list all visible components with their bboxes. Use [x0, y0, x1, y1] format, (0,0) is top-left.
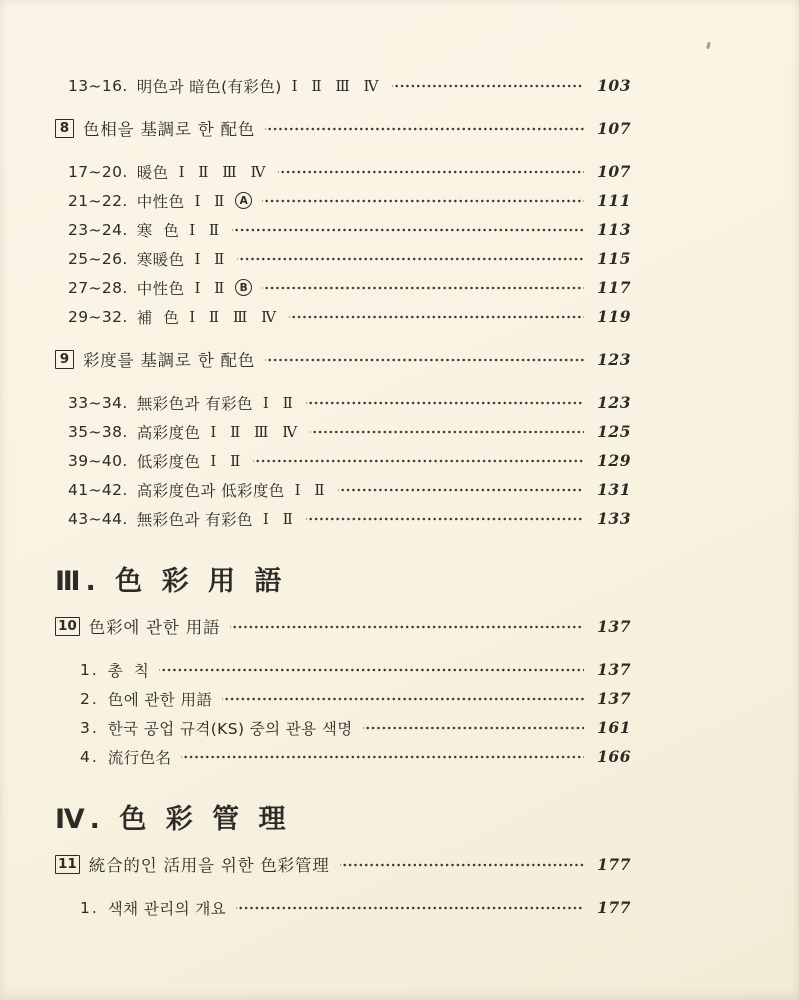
entry-title: 高彩度色 — [137, 421, 201, 443]
chapter-row: 9彩度를 基調로 한 配色123 — [55, 343, 631, 375]
toc-entry-row: 35~38.高彩度色Ⅰ Ⅱ Ⅲ Ⅳ125 — [55, 417, 631, 446]
entry-roman-numerals: Ⅰ Ⅱ Ⅲ Ⅳ — [210, 423, 300, 441]
part-heading: Ⅲ. 色 彩 用 語 — [55, 558, 631, 598]
entry-roman-numerals: Ⅰ Ⅱ — [295, 481, 328, 499]
entry-number-label: 3. — [80, 719, 99, 737]
entry-roman-numerals: Ⅰ Ⅱ — [263, 510, 296, 528]
page-number: 123 — [589, 393, 631, 412]
entry-title: 총 칙 — [108, 659, 149, 681]
entry-roman-numerals: Ⅰ Ⅱ — [189, 221, 222, 239]
toc-entry-row: 25~26.寒暖色Ⅰ Ⅱ115 — [55, 244, 631, 273]
dot-leader — [236, 893, 584, 922]
entry-title: 無彩色과 有彩色 — [137, 508, 253, 530]
part-heading-text: Ⅲ. 色 彩 用 語 — [55, 559, 286, 598]
entry-roman-numerals: Ⅰ Ⅱ — [194, 279, 227, 297]
entry-roman-numerals: Ⅰ Ⅱ — [194, 250, 227, 268]
part-heading: Ⅳ. 色 彩 管 理 — [55, 796, 631, 836]
entry-title: 한국 공업 규격(KS) 중의 관용 색명 — [108, 717, 353, 739]
entry-number-label: 21~22. — [68, 192, 128, 210]
chapter-title: 彩度를 基調로 한 配色 — [83, 347, 255, 371]
entry-number-label: 4. — [80, 748, 99, 766]
entry-title: 寒暖色 — [137, 248, 185, 270]
page-number: 111 — [589, 191, 631, 210]
circled-letter: B — [235, 279, 252, 296]
dot-leader — [222, 684, 584, 713]
entry-title: 補 色 — [137, 306, 179, 328]
page-number: 137 — [589, 660, 631, 679]
dot-leader — [306, 504, 584, 533]
chapter-number-box: 11 — [55, 855, 80, 874]
toc-entry-row: 23~24.寒 色Ⅰ Ⅱ113 — [55, 215, 631, 244]
entry-title: 寒 色 — [137, 219, 179, 241]
page-number: 161 — [589, 718, 631, 737]
page-number: 103 — [589, 76, 631, 95]
entry-number-label: 39~40. — [68, 452, 128, 470]
part-heading-text: Ⅳ. 色 彩 管 理 — [55, 797, 291, 836]
entry-title: 中性色 — [137, 190, 185, 212]
page-number: 123 — [589, 350, 631, 369]
chapter-number-box: 9 — [55, 350, 74, 369]
dot-leader — [306, 388, 584, 417]
entry-number-label: 17~20. — [68, 163, 128, 181]
entry-roman-numerals: Ⅰ Ⅱ — [194, 192, 227, 210]
dot-leader — [265, 112, 584, 144]
page-number: 107 — [589, 162, 631, 181]
entry-roman-numerals: Ⅰ Ⅱ — [210, 452, 243, 470]
chapter-number-box: 10 — [55, 617, 80, 636]
entry-title: 色에 관한 用語 — [108, 688, 212, 710]
entry-number-label: 33~34. — [68, 394, 128, 412]
entry-number-label: 35~38. — [68, 423, 128, 441]
dot-leader — [338, 475, 584, 504]
dot-leader — [262, 186, 584, 215]
entry-number-label: 25~26. — [68, 250, 128, 268]
page-number: 129 — [589, 451, 631, 470]
page-number: 125 — [589, 422, 631, 441]
toc-entry-row: 13~16.明色과 暗色(有彩色)Ⅰ Ⅱ Ⅲ Ⅳ103 — [55, 71, 631, 100]
entry-number-label: 23~24. — [68, 221, 128, 239]
circled-letter: A — [235, 192, 252, 209]
toc-entry-row: 33~34.無彩色과 有彩色Ⅰ Ⅱ123 — [55, 388, 631, 417]
page-number: 131 — [589, 480, 631, 499]
dot-leader — [340, 848, 584, 880]
toc-entry-row: 1.색채 관리의 개요177 — [55, 893, 631, 922]
page-number: 119 — [589, 307, 631, 326]
chapter-title: 色相을 基調로 한 配色 — [83, 116, 255, 140]
chapter-row: 10色彩에 관한 用語137 — [55, 610, 631, 642]
page-number: 113 — [589, 220, 631, 239]
entry-number-label: 2. — [80, 690, 99, 708]
toc-entry-row: 41~42.高彩度色과 低彩度色Ⅰ Ⅱ131 — [55, 475, 631, 504]
entry-number-label: 29~32. — [68, 308, 128, 326]
entry-title: 中性色 — [137, 277, 185, 299]
entry-roman-numerals: Ⅰ Ⅱ Ⅲ Ⅳ — [179, 163, 269, 181]
toc-entry-row: 21~22.中性色Ⅰ ⅡA111 — [55, 186, 631, 215]
dot-leader — [230, 610, 584, 642]
entry-title: 暖色 — [137, 161, 169, 183]
page-number: 137 — [589, 617, 631, 636]
page-number: 133 — [589, 509, 631, 528]
dot-leader — [232, 215, 584, 244]
page-number: 117 — [589, 278, 631, 297]
toc-entry-row: 27~28.中性色Ⅰ ⅡB117 — [55, 273, 631, 302]
toc-entry-row: 43~44.無彩色과 有彩色Ⅰ Ⅱ133 — [55, 504, 631, 533]
chapter-title: 統合的인 活用을 위한 色彩管理 — [89, 852, 330, 876]
dot-leader — [237, 244, 584, 273]
toc-entry-row: 29~32.補 色Ⅰ Ⅱ Ⅲ Ⅳ119 — [55, 302, 631, 331]
entry-number-label: 13~16. — [68, 77, 128, 95]
entry-number-label: 27~28. — [68, 279, 128, 297]
dot-leader — [159, 655, 584, 684]
entry-roman-numerals: Ⅰ Ⅱ Ⅲ Ⅳ — [189, 308, 279, 326]
toc-entry-row: 3.한국 공업 규격(KS) 중의 관용 색명161 — [55, 713, 631, 742]
entry-number-label: 1. — [80, 899, 99, 917]
dot-leader — [392, 71, 584, 100]
page-number: 177 — [589, 898, 631, 917]
dot-leader — [278, 157, 584, 186]
entry-number-label: 1. — [80, 661, 99, 679]
dot-leader — [289, 302, 584, 331]
chapter-title: 色彩에 관한 用語 — [89, 614, 221, 638]
entry-title: 流行色名 — [108, 746, 172, 768]
toc-entry-row: 2.色에 관한 用語137 — [55, 684, 631, 713]
dot-leader — [310, 417, 584, 446]
chapter-row: 8色相을 基調로 한 配色107 — [55, 112, 631, 144]
page-number: 166 — [589, 747, 631, 766]
table-of-contents: 13~16.明色과 暗色(有彩色)Ⅰ Ⅱ Ⅲ Ⅳ1038色相을 基調로 한 配色… — [0, 0, 799, 922]
page-number: 137 — [589, 689, 631, 708]
dot-leader — [265, 343, 584, 375]
entry-roman-numerals: Ⅰ Ⅱ — [263, 394, 296, 412]
dot-leader — [253, 446, 584, 475]
entry-roman-numerals: Ⅰ Ⅱ Ⅲ Ⅳ — [292, 77, 382, 95]
entry-title: 高彩度色과 低彩度色 — [137, 479, 285, 501]
chapter-row: 11統合的인 活用을 위한 色彩管理177 — [55, 848, 631, 880]
page-number: 177 — [589, 855, 631, 874]
entry-title: 無彩色과 有彩色 — [137, 392, 253, 414]
toc-entry-row: 1.총 칙137 — [55, 655, 631, 684]
dot-leader — [363, 713, 584, 742]
entry-title: 低彩度色 — [137, 450, 201, 472]
page-number: 115 — [589, 249, 631, 268]
toc-entry-row: 39~40.低彩度色Ⅰ Ⅱ129 — [55, 446, 631, 475]
page-number: 107 — [589, 119, 631, 138]
scanned-toc-page: { "colors": { "paper": "#f8f2e1", "ink":… — [0, 0, 799, 1000]
entry-number-label: 41~42. — [68, 481, 128, 499]
entry-title: 색채 관리의 개요 — [108, 897, 226, 919]
entry-title: 明色과 暗色(有彩色) — [137, 75, 282, 97]
entry-number-label: 43~44. — [68, 510, 128, 528]
dot-leader — [181, 742, 584, 771]
dot-leader — [262, 273, 584, 302]
toc-entry-row: 4.流行色名166 — [55, 742, 631, 771]
toc-entry-row: 17~20.暖色Ⅰ Ⅱ Ⅲ Ⅳ107 — [55, 157, 631, 186]
chapter-number-box: 8 — [55, 119, 74, 138]
